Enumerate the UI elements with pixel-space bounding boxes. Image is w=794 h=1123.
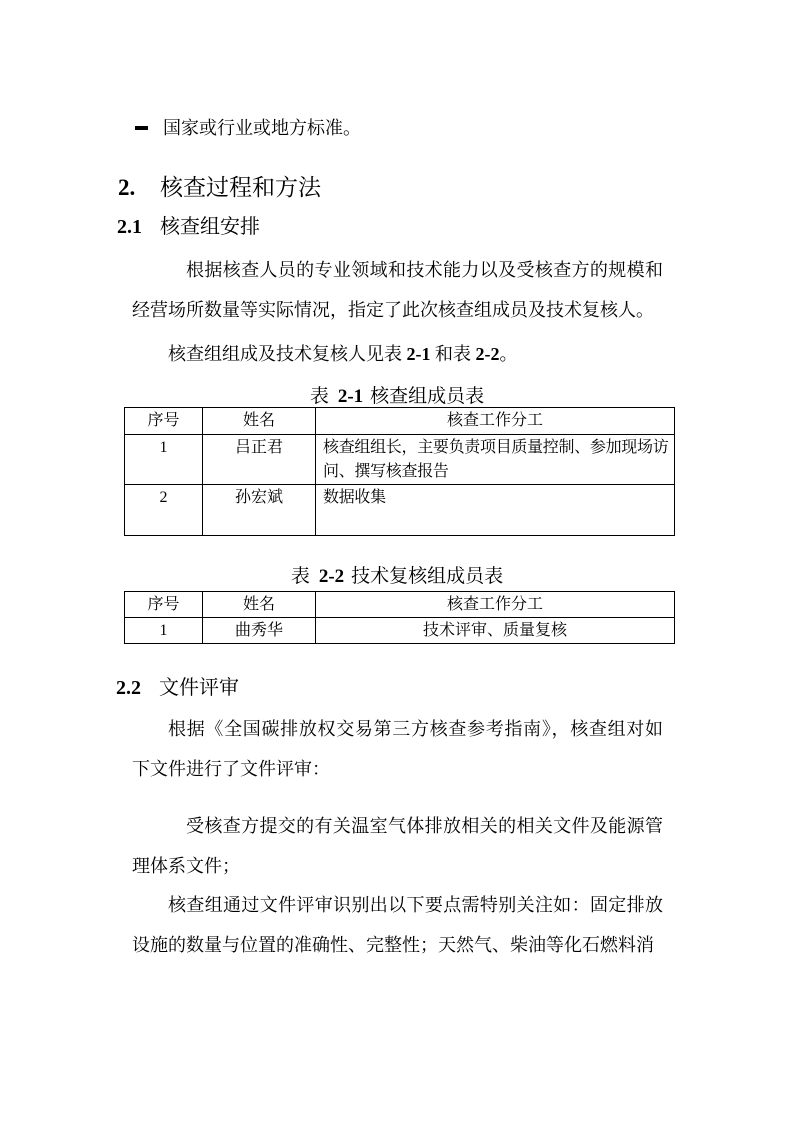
caption-title: 核查组成员表 [370,386,484,407]
text-segment: 核查组组成及技术复核人见表 [168,344,407,364]
cell-name: 吕正君 [203,435,316,485]
duty-line: 问、撰写核查报告 [323,460,669,484]
paragraph-submitted-documents: 受核查方提交的有关温室气体排放相关的相关文件及能源管 理体系文件； [132,806,663,886]
paragraph-line: 受核查方提交的有关温室气体排放相关的相关文件及能源管 [132,806,663,846]
bullet-item-text: 国家或行业或地方标准。 [163,108,361,148]
duty-line: 数据收集 [323,486,669,510]
table-header-row: 序号 姓名 核查工作分工 [125,408,675,435]
caption-title: 技术复核组成员表 [351,566,503,587]
document-page: 国家或行业或地方标准。 2.核查过程和方法 2.1核查组安排 根据核查人员的专业… [0,0,794,1123]
cell-duty: 核查组组长，主要负责项目质量控制、参加现场访 问、撰写核查报告 [316,435,675,485]
technical-review-team-table: 序号 姓名 核查工作分工 1 曲秀华 技术评审、质量复核 [124,591,675,644]
paragraph-line: 下文件进行了文件评审： [132,749,663,789]
heading-number: 2.1 [117,212,160,242]
heading-label: 文件评审 [159,677,239,699]
cell-duty: 数据收集 [316,485,675,536]
verification-team-table: 序号 姓名 核查工作分工 1 吕正君 核查组组长，主要负责项目质量控制、参加现场… [124,407,675,536]
table-row: 2 孙宏斌 数据收集 [125,485,675,536]
header-cell-name: 姓名 [203,592,316,618]
paragraph-review-guide: 根据《全国碳排放权交易第三方核查参考指南》，核查组对如 下文件进行了文件评审： [132,709,663,789]
heading-verification-process: 2.核查过程和方法 [118,170,321,206]
cell-duty: 技术评审、质量复核 [316,618,675,644]
paragraph-line: 根据核查人员的专业领域和技术能力以及受核查方的规模和 [132,250,663,290]
cell-no: 1 [125,618,203,644]
paragraph-line: 根据《全国碳排放权交易第三方核查参考指南》，核查组对如 [132,709,663,749]
paragraph-key-points: 核查组通过文件评审识别出以下要点需特别关注如：固定排放 设施的数量与位置的准确性… [132,885,663,965]
cell-no: 1 [125,435,203,485]
caption-prefix: 表 [291,566,310,587]
paragraph-team-basis: 根据核查人员的专业领域和技术能力以及受核查方的规模和 经营场所数量等实际情况，指… [132,250,663,330]
header-cell-duty: 核查工作分工 [316,408,675,435]
cell-name: 孙宏斌 [203,485,316,536]
text-segment: 和表 [431,344,476,364]
table-row: 1 吕正君 核查组组长，主要负责项目质量控制、参加现场访 问、撰写核查报告 [125,435,675,485]
header-cell-no: 序号 [125,592,203,618]
paragraph-line: 经营场所数量等实际情况，指定了此次核查组成员及技术复核人。 [132,290,663,330]
table-row: 1 曲秀华 技术评审、质量复核 [125,618,675,644]
heading-team-arrangement: 2.1核查组安排 [117,212,260,242]
table-2-2-caption: 表2-2技术复核组成员表 [0,562,794,592]
heading-label: 核查过程和方法 [160,175,321,200]
table-ref-2-1: 2-1 [407,344,431,364]
paragraph-line: 核查组通过文件评审识别出以下要点需特别关注如：固定排放 [132,885,663,925]
paragraph-line: 理体系文件； [132,846,663,886]
heading-number: 2. [118,170,160,206]
header-cell-name: 姓名 [203,408,316,435]
paragraph-line: 设施的数量与位置的准确性、完整性；天然气、柴油等化石燃料消 [132,925,663,965]
header-cell-duty: 核查工作分工 [316,592,675,618]
paragraph-line: 核查组组成及技术复核人见表 2-1 和表 2-2。 [132,334,663,374]
duty-line: 核查组组长，主要负责项目质量控制、参加现场访 [323,436,669,460]
table-ref-2-2: 2-2 [476,344,500,364]
caption-number: 2-2 [319,566,344,587]
header-cell-no: 序号 [125,408,203,435]
table-header-row: 序号 姓名 核查工作分工 [125,592,675,618]
dash-bullet-icon [135,126,148,130]
caption-number: 2-1 [338,386,363,407]
heading-label: 核查组安排 [160,216,260,238]
caption-prefix: 表 [310,386,329,407]
paragraph-table-reference: 核查组组成及技术复核人见表 2-1 和表 2-2。 [132,334,663,374]
cell-name: 曲秀华 [203,618,316,644]
text-segment: 。 [500,344,518,364]
cell-no: 2 [125,485,203,536]
heading-number: 2.2 [116,673,159,703]
heading-document-review: 2.2文件评审 [116,673,239,703]
